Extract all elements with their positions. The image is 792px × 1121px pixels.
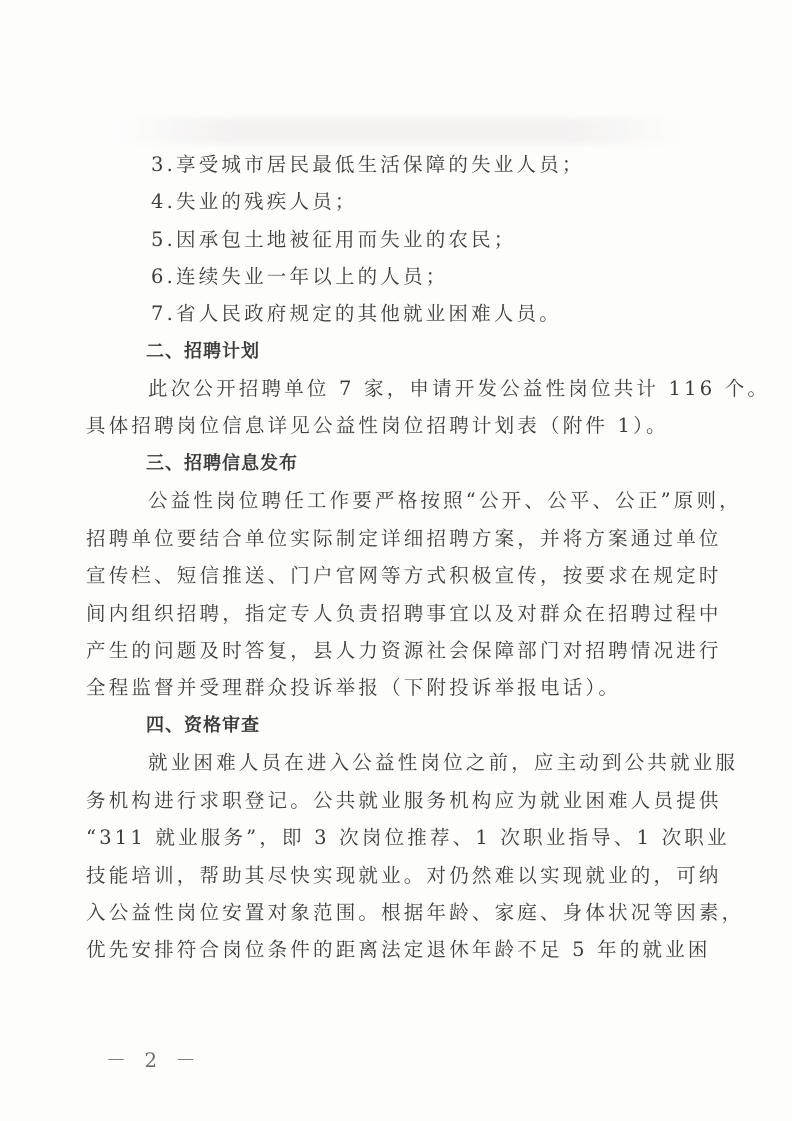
paragraph-line: 宣传栏、短信推送、门户官网等方式积极宣传，按要求在规定时 <box>86 564 706 588</box>
paragraph-line: “311 就业服务”，即 3 次岗位推荐、1 次职业指导、1 次职业 <box>86 826 706 850</box>
list-item: 3.享受城市居民最低生活保障的失业人员； <box>151 153 771 177</box>
section-heading-info-release: 三、招聘信息发布 <box>146 452 298 476</box>
paragraph-line: 技能培训，帮助其尽快实现就业。对仍然难以实现就业的，可纳 <box>86 864 706 888</box>
paragraph-line: 间内组织招聘，指定专人负责招聘事宜以及对群众在招聘过程中 <box>86 602 706 626</box>
list-item: 6.连续失业一年以上的人员； <box>151 265 771 289</box>
list-item: 5.因承包土地被征用而失业的农民； <box>151 228 771 252</box>
paragraph-line: 具体招聘岗位信息详见公益性岗位招聘计划表（附件 1）。 <box>86 414 706 438</box>
list-item: 7.省人民政府规定的其他就业困难人员。 <box>151 302 771 326</box>
paragraph-line: 优先安排符合岗位条件的距离法定退休年龄不足 5 年的就业困 <box>86 938 706 962</box>
page-number: － 2 － <box>106 1044 201 1073</box>
bleed-through-shadow <box>120 118 680 144</box>
paragraph-line: 务机构进行求职登记。公共就业服务机构应为就业困难人员提供 <box>86 789 706 813</box>
paragraph-line: 就业困难人员在进入公益性岗位之前，应主动到公共就业服 <box>148 751 708 775</box>
section-heading-recruitment-plan: 二、招聘计划 <box>146 340 260 364</box>
paragraph-line: 此次公开招聘单位 7 家，申请开发公益性岗位共计 116 个。 <box>148 377 708 401</box>
paragraph-line: 入公益性岗位安置对象范围。根据年龄、家庭、身体状况等因素， <box>86 901 706 925</box>
list-item: 4.失业的残疾人员； <box>151 190 771 214</box>
paragraph-line: 公益性岗位聘任工作要严格按照“公开、公平、公正”原则， <box>148 489 708 513</box>
paragraph-line: 招聘单位要结合单位实际制定详细招聘方案，并将方案通过单位 <box>86 527 706 551</box>
paragraph-line: 产生的问题及时答复，县人力资源社会保障部门对招聘情况进行 <box>86 639 706 663</box>
paragraph-line: 全程监督并受理群众投诉举报（下附投诉举报电话）。 <box>86 676 706 700</box>
section-heading-qualification-review: 四、资格审查 <box>146 714 260 738</box>
